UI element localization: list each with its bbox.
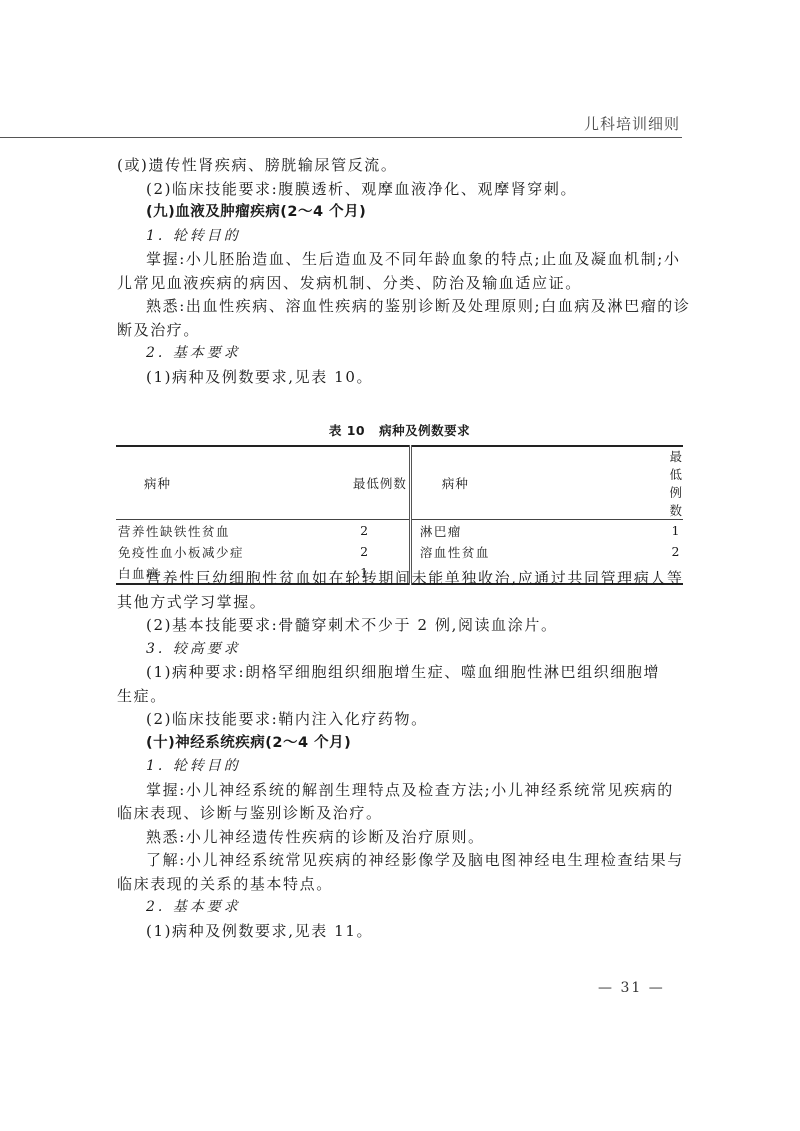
header-disease-2: 病种 [410,446,609,520]
table-row: 营养性缺铁性贫血 2 淋巴瘤 1 [116,520,683,542]
clinical-skills-intrathecal: (2)临床技能要求:鞘内注入化疗药物。 [117,708,683,732]
subheading-basic-requirements-2: 2. 基本要求 [117,896,683,920]
cell-count: 2 [321,520,411,542]
table-row: 免疫性血小板减少症 2 溶血性贫血 2 [116,541,683,562]
cell-count-2: 1 [609,520,683,542]
table-caption-number: 表 10 [329,423,365,438]
running-head: 儿科培训细则 [0,113,682,138]
paragraph-understand-neuro-cont: 临床表现的关系的基本特点。 [117,873,683,897]
paragraph-master: 掌握:小儿胚胎造血、生后造血及不同年龄血象的特点;止血及凝血机制;小 [117,248,683,272]
page-number: — 31 — [598,980,665,996]
subheading-basic-requirements: 2. 基本要求 [117,342,683,366]
paragraph-see-table-10: (1)病种及例数要求,见表 10。 [117,366,683,390]
cell-disease: 营养性缺铁性贫血 [116,520,321,542]
paragraph-megaloblastic-note: 营养性巨幼细胞性贫血如在轮转期间未能单独收治,应通过共同管理病人等 [117,567,683,591]
paragraph-megaloblastic-note-cont: 其他方式学习掌握。 [117,591,683,615]
cell-disease-2: 溶血性贫血 [410,541,609,562]
body-section-top: (或)遗传性肾疾病、膀胱输尿管反流。 (2)临床技能要求:腹膜透析、观摩血液净化… [117,154,683,389]
subheading-rotation-purpose-2: 1. 轮转目的 [117,755,683,779]
paragraph-understand-neuro: 了解:小儿神经系统常见疾病的神经影像学及脑电图神经电生理检查结果与 [117,849,683,873]
paragraph-see-table-11: (1)病种及例数要求,见表 11。 [117,920,683,944]
paragraph-familiar: 熟悉:出血性疾病、溶血性疾病的鉴别诊断及处理原则;白血病及淋巴瘤的诊 [117,295,683,319]
section-heading-blood-tumor: (九)血液及肿瘤疾病(2～4 个月) [117,201,683,225]
cell-count: 2 [321,541,411,562]
paragraph-continuation: (或)遗传性肾疾病、膀胱输尿管反流。 [117,154,683,178]
header-min-count-2: 最低例数 [609,446,683,520]
paragraph-familiar-cont: 断及治疗。 [117,319,683,343]
cell-count-2: 2 [609,541,683,562]
header-disease: 病种 [116,446,321,520]
section-heading-nervous-system: (十)神经系统疾病(2～4 个月) [117,732,683,756]
paragraph-master-neuro: 掌握:小儿神经系统的解剖生理特点及检查方法;小儿神经系统常见疾病的 [117,779,683,803]
subheading-rotation-purpose: 1. 轮转目的 [117,225,683,249]
cell-disease: 免疫性血小板减少症 [116,541,321,562]
table-header-row: 病种 最低例数 病种 最低例数 [116,446,683,520]
running-head-title: 儿科培训细则 [584,113,680,134]
clinical-skills-requirement: (2)临床技能要求:腹膜透析、观摩血液净化、观摩肾穿刺。 [117,178,683,202]
paragraph-master-neuro-cont: 临床表现、诊断与鉴别诊断及治疗。 [117,802,683,826]
paragraph-disease-requirement-cont: 生症。 [117,685,683,709]
table-caption: 表 10病种及例数要求 [116,423,683,443]
paragraph-disease-requirement: (1)病种要求:朗格罕细胞组织细胞增生症、噬血细胞性淋巴组织细胞增 [117,661,683,685]
cell-disease-2: 淋巴瘤 [410,520,609,542]
paragraph-familiar-neuro: 熟悉:小儿神经遗传性疾病的诊断及治疗原则。 [117,826,683,850]
body-section-bottom: 营养性巨幼细胞性贫血如在轮转期间未能单独收治,应通过共同管理病人等 其他方式学习… [117,567,683,943]
disease-count-table: 病种 最低例数 病种 最低例数 营养性缺铁性贫血 2 淋巴瘤 1 免疫性血小板减… [116,445,683,585]
paragraph-master-cont: 儿常见血液疾病的病因、发病机制、分类、防治及输血适应证。 [117,272,683,296]
header-min-count: 最低例数 [321,446,411,520]
subheading-advanced-requirements: 3. 较高要求 [117,638,683,662]
basic-skills-requirement: (2)基本技能要求:骨髓穿刺术不少于 2 例,阅读血涂片。 [117,614,683,638]
table-caption-title: 病种及例数要求 [379,423,470,438]
table-10-block: 表 10病种及例数要求 病种 最低例数 病种 最低例数 营养性缺铁性贫血 2 淋… [116,423,683,585]
